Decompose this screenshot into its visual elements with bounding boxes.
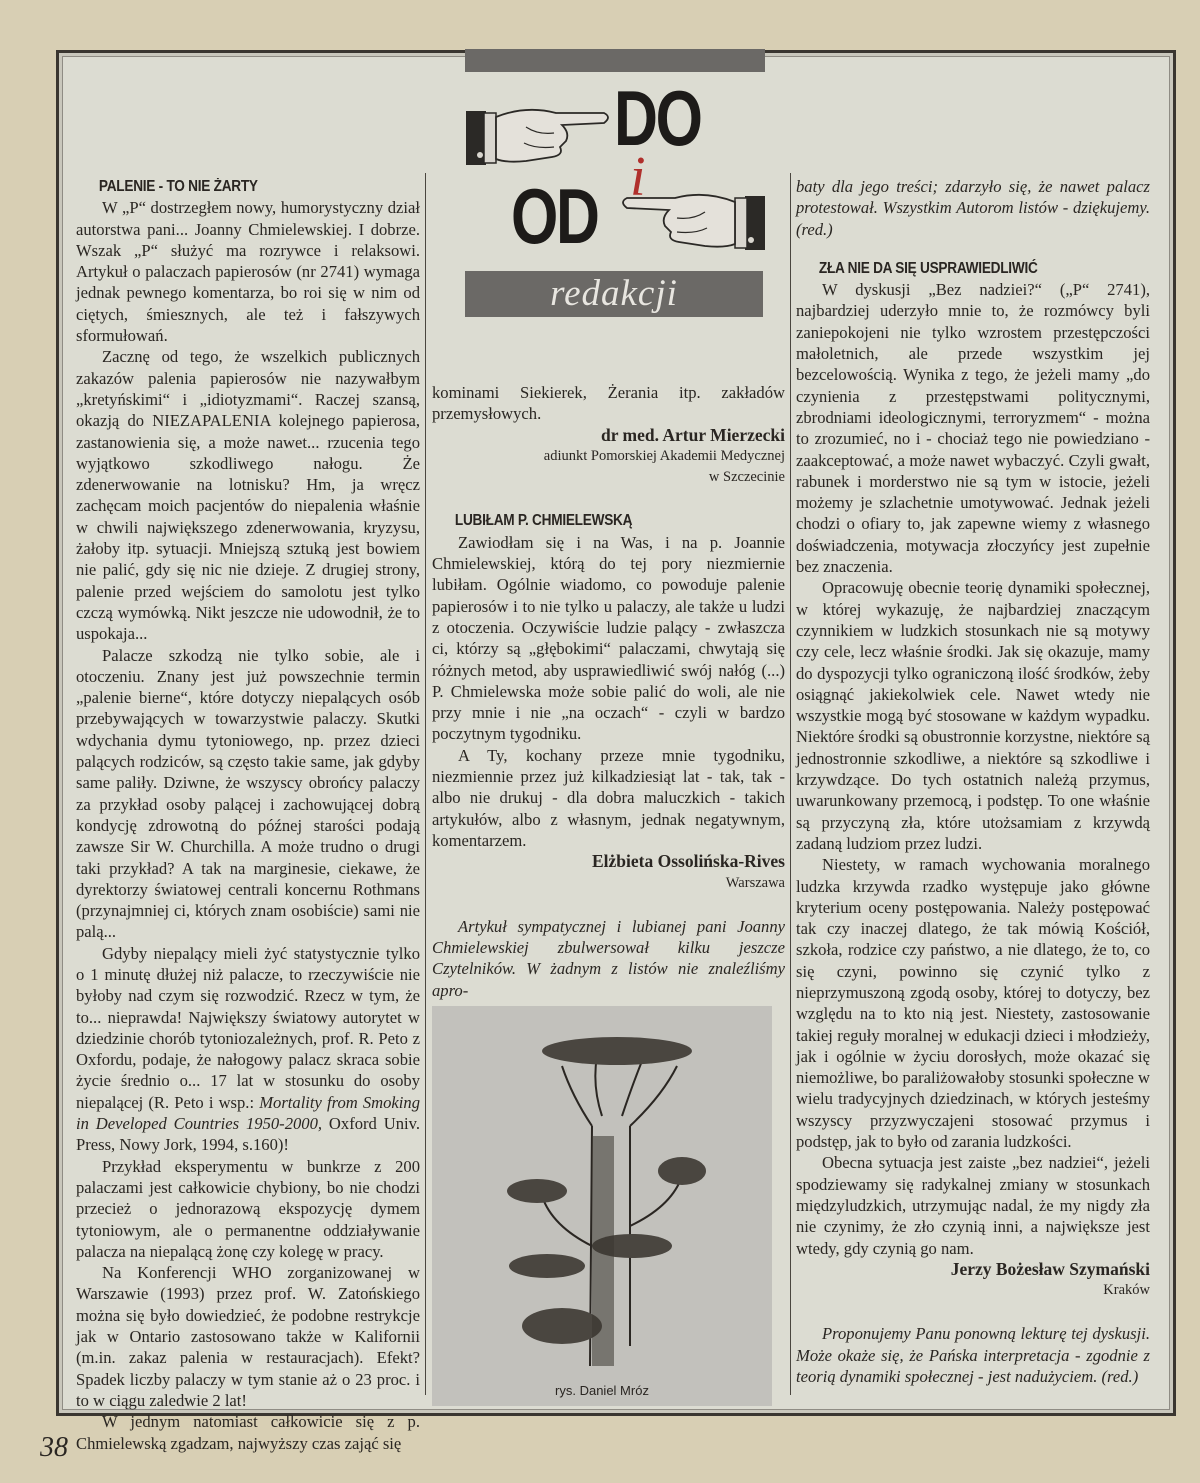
paragraph: W dyskusji „Bez nadziei?“ („P“ 2741), na… xyxy=(796,279,1150,577)
paragraph: A Ty, kochany przeze mnie tygodniku, nie… xyxy=(432,745,785,851)
right-column: baty dla jego treści; zdarzyło się, że n… xyxy=(796,176,1150,1387)
column-divider-left xyxy=(425,173,426,1395)
headline-zla: ZŁA NIE DA SIĘ USPRAWIEDLIWIĆ xyxy=(796,258,1108,279)
masthead: DO i OD redakcji xyxy=(462,49,764,304)
pointing-hand-right-icon xyxy=(466,99,611,174)
illustration-caption: rys. Daniel Mróz xyxy=(432,1383,772,1398)
middle-column: kominami Siekierek, Żerania itp. zakładó… xyxy=(432,382,785,1001)
headline-lubilam: LUBIŁAM P. CHMIELEWSKĄ xyxy=(432,510,743,531)
paragraph: Palacze szkodzą nie tylko sobie, ale i o… xyxy=(76,645,420,943)
page-frame: DO i OD redakcji PALENIE - TO NIE ŻARTY … xyxy=(56,50,1176,1416)
signature-name: dr med. Artur Mierzecki xyxy=(432,425,785,446)
paragraph: Zawiodłam się i na Was, i na p. Joannie … xyxy=(432,532,785,745)
signature-name: Elżbieta Ossolińska-Rives xyxy=(432,851,785,872)
editor-note: Artykuł sympatycznej i lubianej pani Joa… xyxy=(432,916,785,1001)
signature-city: w Szczecinie xyxy=(432,467,785,488)
illustration: rys. Daniel Mróz xyxy=(432,1006,772,1406)
signature-city: Kraków xyxy=(796,1280,1150,1301)
signature-name: Jerzy Bożesław Szymański xyxy=(796,1259,1150,1280)
masthead-do: DO xyxy=(614,79,701,157)
signature-city: Warszawa xyxy=(432,873,785,894)
column-divider-right xyxy=(790,173,791,1395)
paragraph: Zacznę od tego, że wszelkich publicznych… xyxy=(76,346,420,644)
pointing-hand-left-icon xyxy=(620,184,765,259)
editor-reply: Proponujemy Panu ponowną lekturę tej dys… xyxy=(796,1323,1150,1387)
headline-palenie: PALENIE - TO NIE ŻARTY xyxy=(76,176,379,197)
letter-palenie: PALENIE - TO NIE ŻARTY W „P“ dostrzegłem… xyxy=(76,176,420,1454)
masthead-top-bar xyxy=(465,49,765,72)
signature-affiliation: adiunkt Pomorskiej Akademii Medycznej xyxy=(432,446,785,467)
paragraph-with-citation: Gdyby niepalący mieli żyć statystycznie … xyxy=(76,943,420,1156)
editor-note-continuation: baty dla jego treści; zdarzyło się, że n… xyxy=(796,176,1150,240)
paragraph: Niestety, w ramach wychowania moralnego … xyxy=(796,854,1150,1152)
paragraph: W „P“ dostrzegłem nowy, humorystyczny dz… xyxy=(76,197,420,346)
masthead-subtitle: redakcji xyxy=(465,271,763,317)
paragraph: W jednym natomiast całkowicie się z p. C… xyxy=(76,1411,420,1454)
masthead-od: OD xyxy=(511,177,598,255)
paragraph: Opracowuję obecnie teorię dynamiki społe… xyxy=(796,577,1150,854)
paragraph-continuation: kominami Siekierek, Żerania itp. zakładó… xyxy=(432,382,785,425)
paragraph: Na Konferencji WHO zorganizowanej w Wars… xyxy=(76,1262,420,1411)
paragraph: Przykład eksperymentu w bunkrze z 200 pa… xyxy=(76,1156,420,1262)
paragraph: Obecna sytuacja jest zaiste „bez nadziei… xyxy=(796,1152,1150,1258)
tree-drawing-icon xyxy=(432,1006,772,1376)
page-number: 38 xyxy=(40,1432,68,1464)
